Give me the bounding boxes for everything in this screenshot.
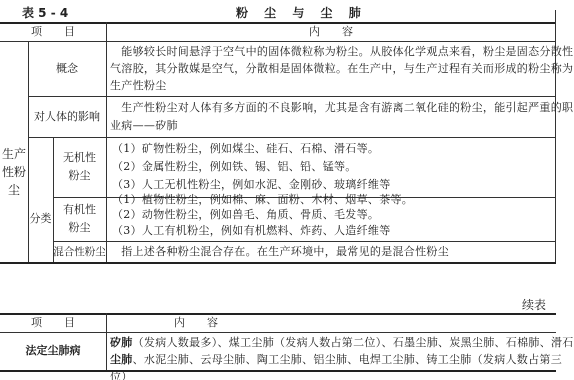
legal-line-2: 尘肺、水泥尘肺、云母尘肺、陶工尘肺、铝尘肺、电焊工尘肺、铸工尘肺（发病人数占第三… xyxy=(110,351,574,380)
sub-label-line: 有机性 xyxy=(63,201,96,219)
row-divider-effect xyxy=(28,137,556,138)
concept-line-1: 能够较长时间悬浮于空气中的固体微粒称为粉尘。从胶体化学观点来看，粉尘是固态分散性 xyxy=(110,43,573,60)
table2-header-content: 内 容 xyxy=(106,313,286,332)
header-content: 内 容 xyxy=(106,22,556,41)
concept-line-3: 生产性粉尘 xyxy=(110,77,167,94)
sub-label-mixed: 混合性粉尘 xyxy=(53,241,106,262)
organic-line-2: （2）动物性粉尘，例如兽毛、角质、骨质、毛发等。 xyxy=(112,206,379,223)
effect-line-1: 生产性粉尘对人体有多方面的不良影响，尤其是含有游离二氧化硅的粉尘，能引起严重的职 xyxy=(110,99,573,116)
mixed-text: 指上述各种粉尘混合存在。在生产环境中，最常见的是混合性粉尘 xyxy=(110,243,449,260)
table2-header-item: 项 目 xyxy=(0,313,106,332)
group-label-line: 生产 xyxy=(2,145,26,163)
row-divider-organic xyxy=(53,241,556,242)
table1-bottom-border xyxy=(0,262,556,264)
sub-label-line: 粉尘 xyxy=(69,167,91,185)
sub-label-line: 无机性 xyxy=(63,149,96,167)
row-divider-concept xyxy=(28,96,556,97)
row-label-classification: 分类 xyxy=(28,197,53,241)
row-label-effect: 对人体的影响 xyxy=(28,96,106,137)
organic-line-3: （3）人工有机粉尘，例如有机燃料、炸药、人造纤维等 xyxy=(112,222,391,239)
legal-line-1-bold: 矽肺 xyxy=(110,336,133,349)
legal-line-2-bold: 尘肺 xyxy=(110,353,133,366)
sub-label-line: 粉尘 xyxy=(69,219,91,237)
continued-label: 续表 xyxy=(522,296,546,313)
table-title: 粉 尘 与 尘 肺 xyxy=(236,4,367,21)
legal-line-2-rest: 、水泥尘肺、云母尘肺、陶工尘肺、铝尘肺、电焊工尘肺、铸工尘肺（发病人数占第三位） xyxy=(110,353,562,380)
group-label-production-dust: 生产 性粉 尘 xyxy=(0,137,28,207)
group-label-line: 性粉 xyxy=(2,163,26,181)
table-number: 表 5 - 4 xyxy=(22,4,68,21)
table1-content-divider xyxy=(106,22,107,262)
legal-line-1: 矽肺（发病人数最多）、煤工尘肺（发病人数占第二位）、石墨尘肺、炭黑尘肺、石棉肺、… xyxy=(110,334,574,351)
sub-label-organic: 有机性 粉尘 xyxy=(53,197,106,241)
inorganic-line-2: （2）金属性粉尘，例如铁、锡、铝、铅、锰等。 xyxy=(112,158,357,175)
header-item: 项 目 xyxy=(0,22,106,41)
sub-label-inorganic: 无机性 粉尘 xyxy=(53,137,106,197)
inorganic-line-1: （1）矿物性粉尘，例如煤尘、硅石、石棉、滑石等。 xyxy=(112,140,379,157)
group-label-line: 尘 xyxy=(8,181,20,199)
effect-line-2: 业病——矽肺 xyxy=(110,117,178,134)
row-label-legal-pneumoconiosis: 法定尘肺病 xyxy=(0,332,106,370)
concept-line-2: 气溶胶，其分散媒是空气，分散相是固体微粒。在生产中，与生产过程有关而形成的粉尘称… xyxy=(110,60,573,77)
row-label-concept: 概念 xyxy=(28,41,106,96)
legal-line-1-rest: （发病人数最多）、煤工尘肺（发病人数占第二位）、石墨尘肺、炭黑尘肺、石棉肺、滑石 xyxy=(133,336,574,349)
